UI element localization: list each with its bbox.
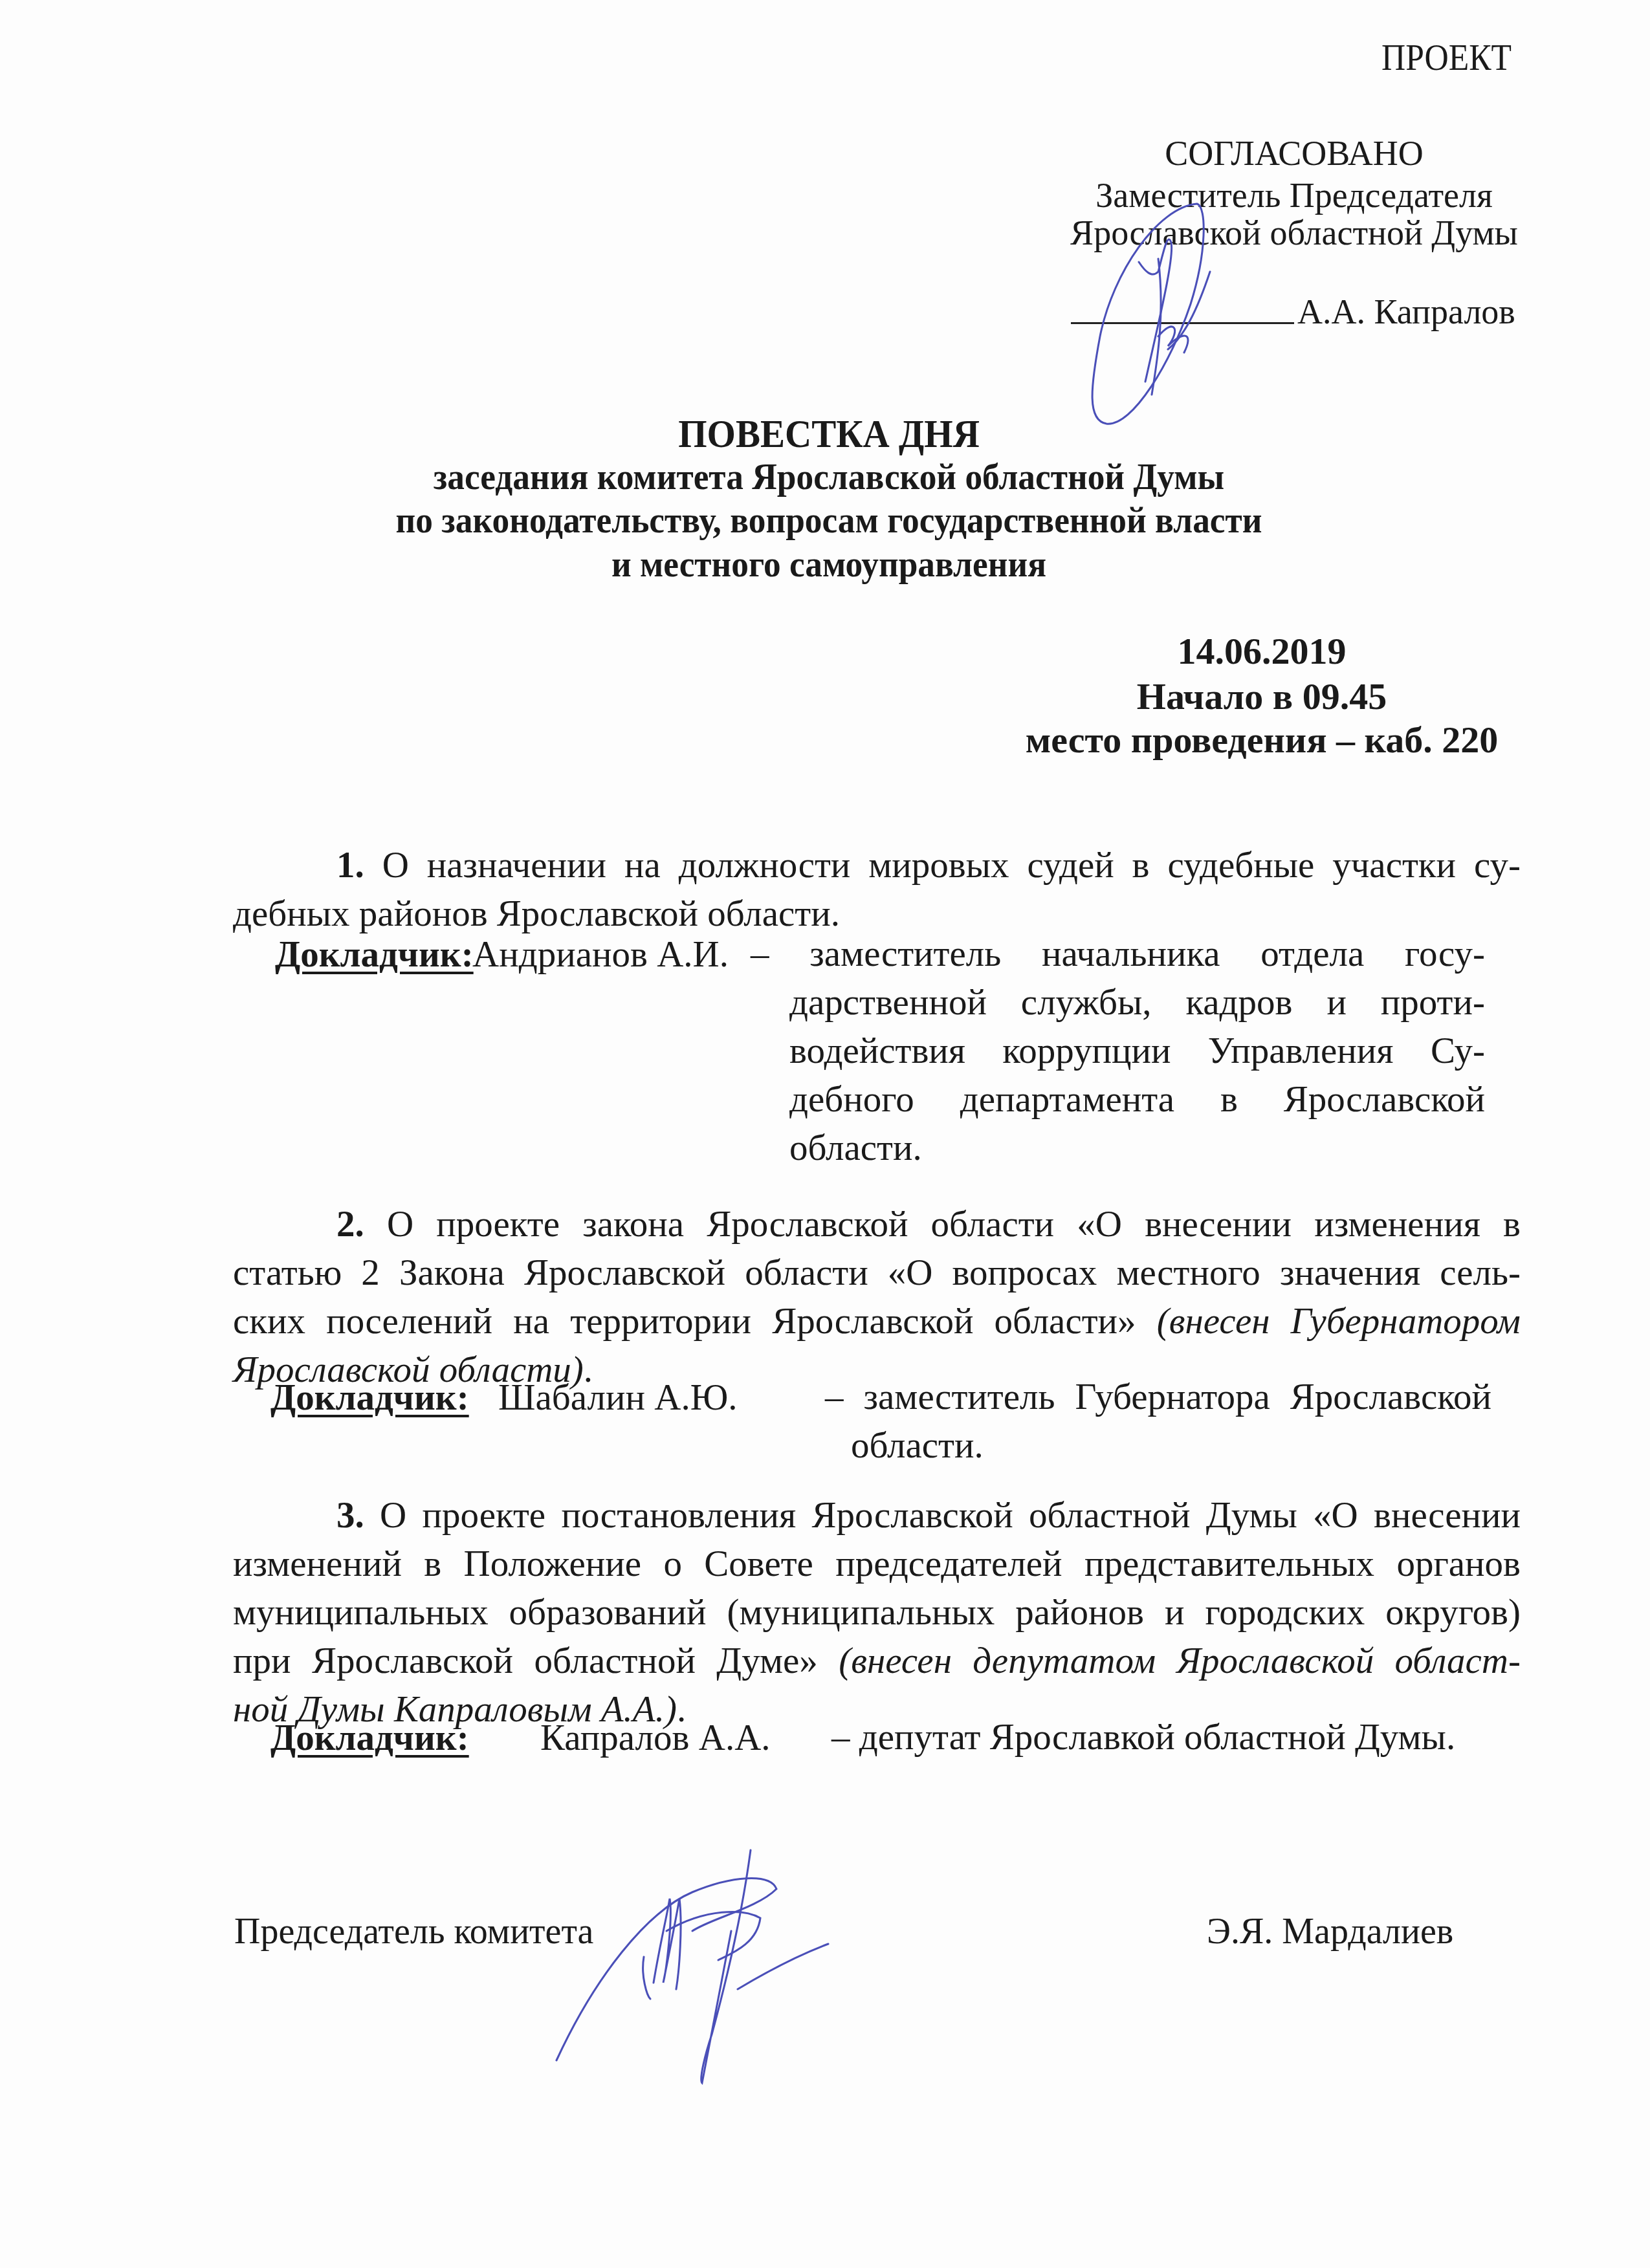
item-text: 3. О проекте постановления Ярославской о…: [233, 1491, 1521, 1734]
item-number: 3.: [336, 1495, 364, 1536]
title-main: ПОВЕСТКА ДНЯ: [70, 414, 1588, 454]
approval-signer: А.А. Капралов: [1297, 294, 1515, 329]
chairman-signature-icon: [537, 1821, 938, 2093]
meeting-place: место проведения – каб. 220: [971, 721, 1553, 759]
speaker-name: Андрианов А.И.: [472, 936, 729, 973]
item-text: 2. О проекте закона Ярославской области …: [233, 1200, 1521, 1394]
draft-stamp: ПРОЕКТ: [1381, 40, 1512, 76]
title-line3: по законодательству, вопросам государств…: [70, 501, 1588, 539]
footer-signer: Э.Я. Мардалиев: [1207, 1914, 1453, 1950]
speaker-name: Капралов А.А.: [540, 1719, 771, 1756]
speaker-label: Докладчик:: [270, 1719, 469, 1756]
title-line2: заседания комитета Ярославской областной…: [70, 458, 1588, 496]
speaker-role: – заместитель Губернатора Ярославской об…: [825, 1373, 1491, 1470]
item-number: 1.: [336, 845, 364, 886]
item-note: (внесен Губернатором: [1157, 1301, 1521, 1342]
title-line4: и местного самоуправления: [70, 545, 1588, 583]
document-page: ПРОЕКТ СОГЛАСОВАНО Заместитель Председат…: [0, 0, 1650, 2268]
meeting-date: 14.06.2019: [971, 633, 1553, 670]
speaker-role: – заместитель начальника отдела госу- да…: [751, 930, 1485, 1172]
speaker-label: Докладчик:: [275, 936, 474, 973]
item-text: 1. О назначении на должности мировых суд…: [233, 841, 1521, 938]
approval-status: СОГЛАСОВАНО: [1035, 136, 1553, 171]
item-note: (внесен депутатом Ярославской област-: [839, 1641, 1521, 1681]
item-number: 2.: [336, 1204, 364, 1245]
meeting-start: Начало в 09.45: [971, 678, 1553, 715]
speaker-label: Докладчик:: [270, 1379, 469, 1416]
speaker-role: – депутат Ярославкой областной Думы.: [831, 1713, 1530, 1761]
speaker-name: Шабалин А.Ю.: [498, 1379, 738, 1416]
